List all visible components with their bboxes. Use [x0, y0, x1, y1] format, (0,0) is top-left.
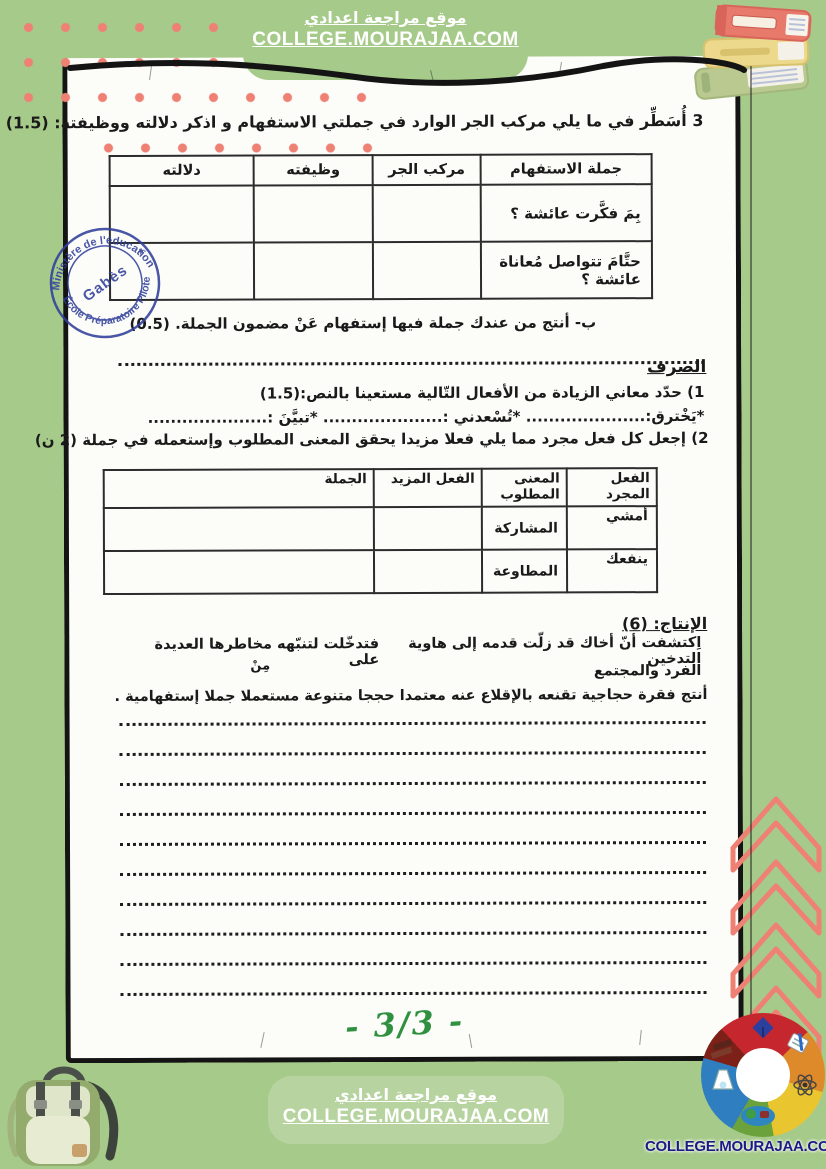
stamp-center-text: Gabès [80, 262, 131, 306]
site-banner-top: موقع مراجعة اعدادي COLLEGE.MOURAJAA.COM [243, 0, 528, 80]
answer-dotted-line [120, 961, 706, 966]
cell-question-1: بِمَ فكَّرت عائشة ؟ [481, 184, 652, 242]
site-title-arabic: موقع مراجعة اعدادي [268, 1085, 564, 1104]
college-mourajaa-logo [700, 1012, 826, 1138]
cell-empty [254, 242, 373, 299]
exam-paper: 3 أُسَطِّر في ما يلي مركب الجر الوارد في… [62, 56, 744, 1063]
col-augmented-verb: الفعل المزيد [374, 469, 482, 507]
col-bare-verb: الفعل المجرد [567, 468, 657, 506]
sarf-question-2: 2) إجعل كل فعل مجرد مما يلي فعلا مزيدا ي… [35, 429, 709, 449]
cell-empty [373, 242, 481, 299]
intaj-task: أنتج فقرة حجاجية تقنعه بالإقلاع عنه معتم… [114, 687, 707, 705]
answer-dotted-line [120, 751, 706, 756]
table-row: ينفعك المطاوعة [104, 549, 657, 594]
site-title-arabic: موقع مراجعة اعدادي [243, 8, 528, 27]
flask-icon [713, 1070, 733, 1089]
dot-pattern-icon [88, 138, 382, 154]
scanned-exam-page: 3 أُسَطِّر في ما يلي مركب الجر الوارد في… [0, 0, 826, 1169]
answer-dotted-line [120, 811, 706, 816]
logo-caption-link[interactable]: COLLEGE.MOURAJAA.COM [645, 1138, 826, 1155]
col-function: وظيفته [254, 155, 373, 185]
answer-dotted-line [120, 901, 706, 906]
cell-empty [374, 507, 482, 550]
exam-content: 3 أُسَطِّر في ما يلي مركب الجر الوارد في… [67, 56, 738, 1058]
cell-empty [374, 550, 482, 593]
table-row: بِمَ فكَّرت عائشة ؟ [110, 184, 652, 243]
col-sentence: الجملة [104, 469, 374, 508]
notebook-pencil-icon [787, 1030, 810, 1053]
handwritten-annotation: مِنْ [250, 658, 270, 673]
intaj-line-2: الفرد والمجتمع [594, 663, 702, 679]
answer-dotted-line [118, 361, 704, 366]
answer-dotted-line [120, 721, 706, 726]
cell-empty [254, 185, 373, 242]
section-intaj-heading: الإنتاج: (6) [622, 614, 707, 633]
cell-meaning: المشاركة [482, 506, 567, 549]
col-meaning: دلالته [110, 156, 254, 187]
table-row: حتَّامَ تتواصل مُعاناة عائشة ؟ [110, 241, 652, 300]
answer-dotted-line [120, 781, 706, 786]
col-required-meaning: المعنى المطلوب [482, 468, 567, 506]
scan-artifact-line [750, 66, 752, 1044]
cell-empty [373, 185, 481, 242]
site-url-link[interactable]: COLLEGE.MOURAJAA.COM [243, 29, 528, 51]
logo-subject-icons [700, 1012, 826, 1138]
cell-empty [104, 507, 374, 551]
section-sarf-heading: الصرف [647, 357, 706, 377]
graduation-cap-icon [752, 1017, 773, 1038]
handwritten-page-number: - 3/3 - [70, 986, 739, 1061]
cell-empty [104, 550, 374, 594]
answer-dotted-line [120, 841, 706, 846]
small-books-icon [711, 1039, 733, 1059]
question-b: ب- أنتج من عندك جملة فيها إستفهام عَنْ م… [130, 313, 597, 333]
backpack-icon [2, 1056, 128, 1169]
cell-verb: ينفعك [567, 549, 657, 592]
cell-meaning: المطاوعة [482, 549, 567, 592]
verbs-table: الفعل المجرد المعنى المطلوب الفعل المزيد… [103, 467, 658, 595]
books-stack-icon [690, 2, 826, 106]
world-map-icon [741, 1106, 775, 1126]
question-3-grammar: 3 أُسَطِّر في ما يلي مركب الجر الوارد في… [6, 111, 704, 132]
sarf-question-1: 1) حدّد معاني الزيادة من الأفعال التّالي… [260, 383, 705, 403]
cell-question-2: حتَّامَ تتواصل مُعاناة عائشة ؟ [481, 241, 652, 299]
site-banner-bottom: موقع مراجعة اعدادي COLLEGE.MOURAJAA.COM [268, 1076, 564, 1144]
answer-dotted-line [120, 871, 706, 876]
interrogative-table: جملة الاستفهام مركب الجر وظيفته دلالته ب… [109, 153, 654, 301]
atom-icon [794, 1073, 816, 1097]
answer-dotted-line [120, 931, 706, 936]
col-interrogative-sentence: جملة الاستفهام [481, 154, 652, 185]
col-prepositional-phrase: مركب الجر [373, 155, 481, 185]
table-row: أمشي المشاركة [104, 506, 657, 551]
sarf-verbs-line: *يَخْترق:..................... *تُسْعدني… [148, 407, 705, 427]
table-header-row: الفعل المجرد المعنى المطلوب الفعل المزيد… [104, 468, 657, 508]
cell-verb: أمشي [567, 506, 657, 549]
site-url-link[interactable]: COLLEGE.MOURAJAA.COM [268, 1106, 564, 1128]
table-header-row: جملة الاستفهام مركب الجر وظيفته دلالته [110, 154, 652, 186]
